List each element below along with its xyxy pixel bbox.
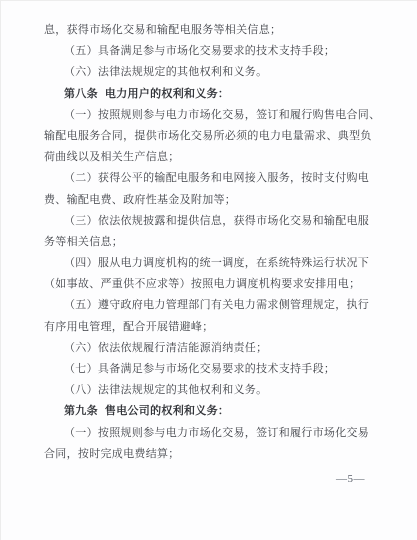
text-line: 荷曲线以及相关生产信息； [44, 147, 376, 168]
text-line: （一）按照规则参与电力市场化交易，签订和履行购售电合同、 [44, 105, 376, 126]
text-line: （四）服从电力调度机构的统一调度，在系统特殊运行状况下 [44, 253, 376, 274]
text-line: 有序用电管理，配合开展错避峰； [44, 317, 376, 338]
text-line: （如事故、严重供不应求等）按照电力调度机构要求安排用电； [44, 274, 376, 295]
text-line: （三）依法依规披露和提供信息，获得市场化交易和输配电服 [44, 211, 376, 232]
text-line: （六）依法依规履行清洁能源消纳责任； [44, 338, 376, 359]
text-line: 费、输配电费、政府性基金及附加等； [44, 190, 376, 211]
text-line: （五）遵守政府电力管理部门有关电力需求侧管理规定，执行 [44, 295, 376, 316]
article-heading: 第八条电力用户的权利和义务： [44, 84, 376, 105]
page-number: —5— [336, 473, 365, 485]
article-number: 第九条 [64, 405, 98, 417]
text-line: 合同，按时完成电费结算； [44, 444, 376, 465]
article-title: 电力用户的权利和义务： [105, 88, 229, 100]
text-line: （六）法律法规规定的其他权利和义务。 [44, 62, 376, 83]
text-line: （五）具备满足参与市场化交易要求的技术支持手段； [44, 41, 376, 62]
article-number: 第八条 [64, 88, 98, 100]
document-body: 息，获得市场化交易和输配电服务等相关信息；（五）具备满足参与市场化交易要求的技术… [44, 20, 376, 465]
article-title: 售电公司的权利和义务： [105, 405, 229, 417]
text-line: 输配电服务合同，提供市场化交易所必须的电力电量需求、典型负 [44, 126, 376, 147]
text-line: 息，获得市场化交易和输配电服务等相关信息； [44, 20, 376, 41]
document-page: 息，获得市场化交易和输配电服务等相关信息；（五）具备满足参与市场化交易要求的技术… [0, 0, 417, 540]
article-heading: 第九条售电公司的权利和义务： [44, 401, 376, 422]
text-line: 务等相关信息； [44, 232, 376, 253]
text-line: （二）获得公平的输配电服务和电网接入服务，按时支付购电 [44, 168, 376, 189]
text-line: （八）法律法规规定的其他权利和义务。 [44, 380, 376, 401]
text-line: （七）具备满足参与市场化交易要求的技术支持手段； [44, 359, 376, 380]
text-line: （一）按照规则参与电力市场化交易，签订和履行市场化交易 [44, 423, 376, 444]
